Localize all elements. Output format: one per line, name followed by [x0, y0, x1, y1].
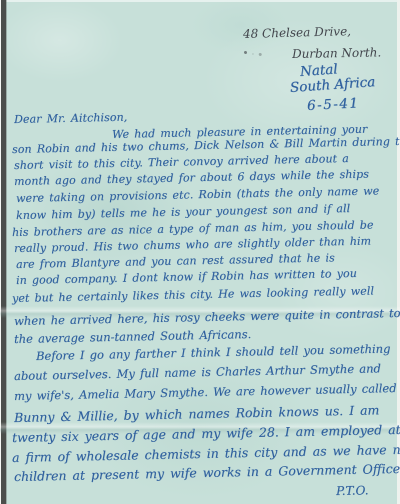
- address-line-2: Durban North.: [292, 45, 382, 61]
- scan-edge-top: [0, 0, 400, 2]
- body-line: Before I go any farther I think I should…: [36, 342, 391, 363]
- body-line: my wife's, Amelia Mary Smythe. We are ho…: [14, 381, 397, 403]
- body-line: yet but he certainly likes this city. He…: [12, 284, 374, 305]
- body-line: the average sun-tanned South Africans.: [14, 327, 251, 346]
- letter-page: 48 Chelsea Drive, Durban North. Natal So…: [0, 0, 400, 504]
- ink-smudge: [244, 51, 248, 55]
- address-line-1: 48 Chelsea Drive,: [243, 24, 351, 41]
- body-line: children at present my wife works in a G…: [14, 461, 400, 484]
- body-line: about ourselves. My full name is Charles…: [14, 361, 381, 383]
- salutation-line: Dear Mr. Aitchison,: [14, 111, 128, 126]
- pto-note: P.T.O.: [336, 483, 369, 498]
- date-line: 6-5-41: [307, 95, 360, 114]
